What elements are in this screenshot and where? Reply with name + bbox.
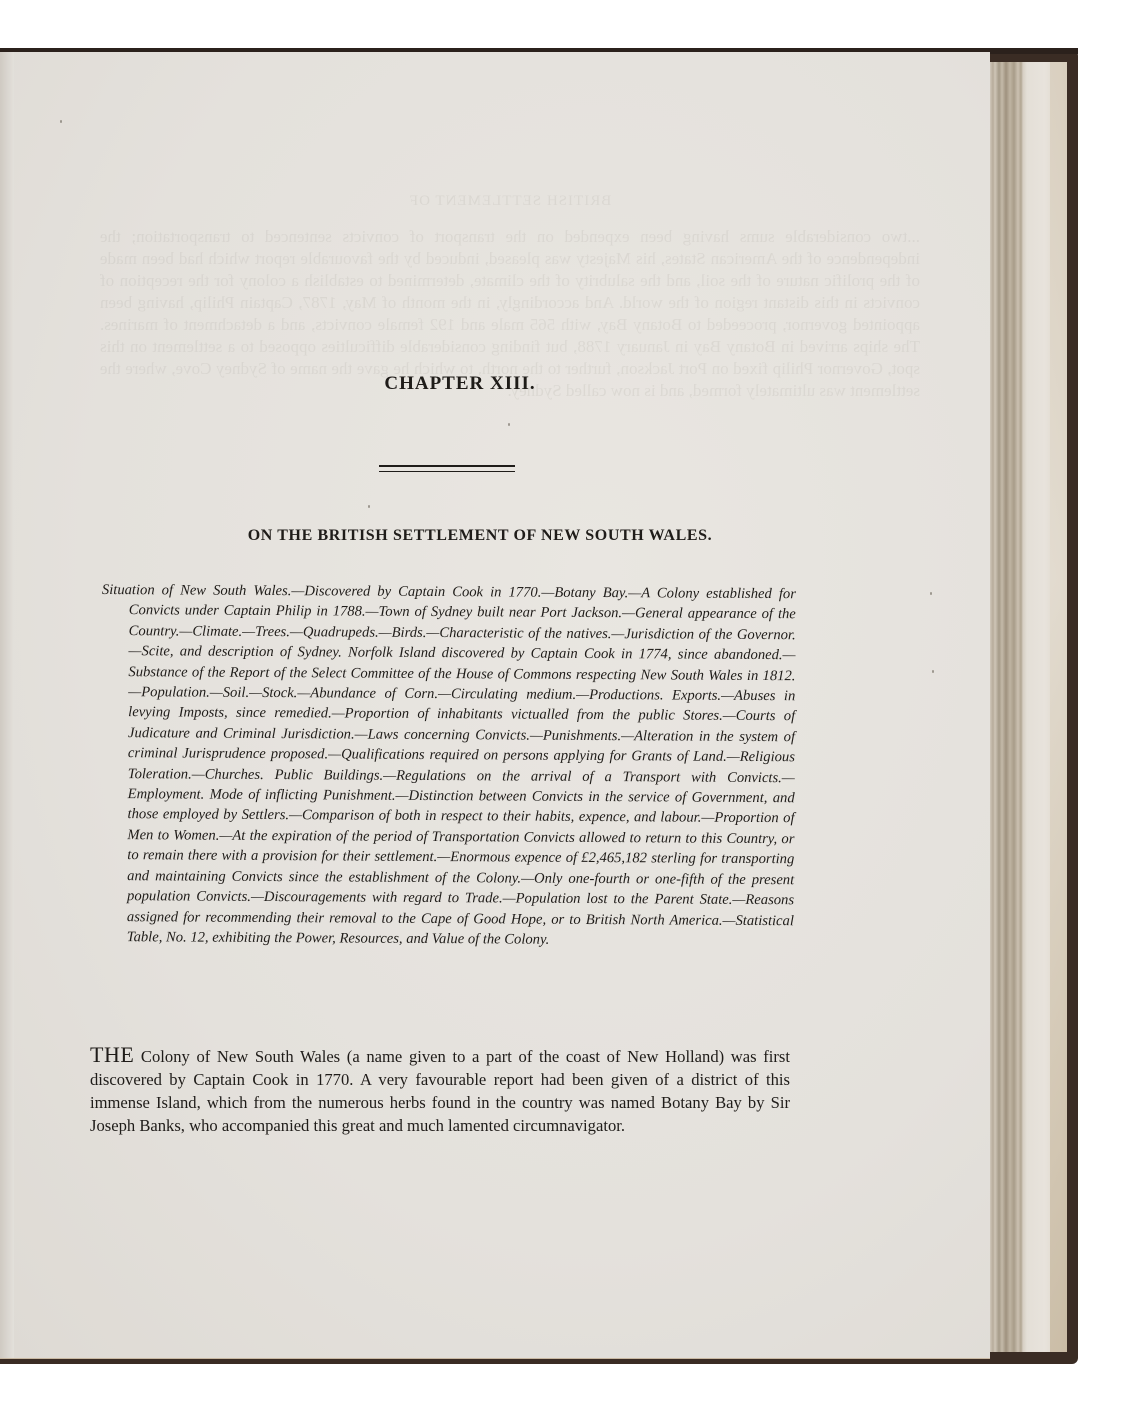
chapter-summary: Situation of New South Wales.—Discovered… xyxy=(100,580,796,952)
paper-speck xyxy=(930,592,932,595)
body-text: Colony of New South Wales (a name given … xyxy=(90,1047,790,1135)
paper-speck xyxy=(60,120,62,123)
bleed-through-text: BRITISH SETTLEMENT OF ...two considerabl… xyxy=(100,190,920,480)
paper-speck xyxy=(932,670,934,673)
page-stack-shade xyxy=(1050,62,1067,1352)
drop-cap-word: THE xyxy=(90,1042,134,1067)
paper-speck xyxy=(368,505,370,508)
bleed-through-heading: BRITISH SETTLEMENT OF xyxy=(100,190,920,212)
chapter-heading: CHAPTER XIII. xyxy=(340,373,580,395)
double-rule-divider xyxy=(379,465,515,472)
gutter-shadow xyxy=(0,52,14,1358)
body-paragraph: THE Colony of New South Wales (a name gi… xyxy=(90,1043,790,1137)
paper-speck xyxy=(508,423,510,426)
section-title: ON THE BRITISH SETTLEMENT OF NEW SOUTH W… xyxy=(180,527,780,545)
